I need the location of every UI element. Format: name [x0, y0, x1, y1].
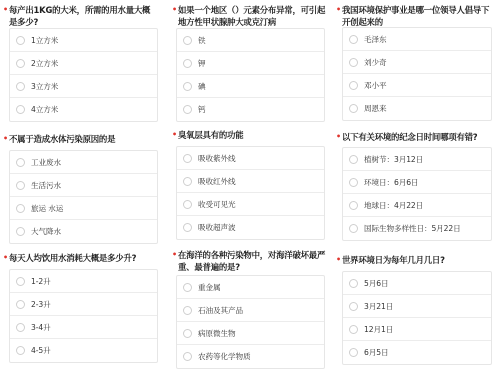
option-1-1[interactable]: 1立方米: [10, 29, 157, 52]
option-8-1[interactable]: 重金属: [177, 276, 324, 299]
option-4-2[interactable]: 生活污水: [10, 174, 157, 197]
question-title: •在海洋的各种污染物中，对海洋破坏最严重、最普遍的是?: [172, 249, 327, 273]
option-9-3[interactable]: 12月1日: [343, 318, 491, 341]
required-mark: •: [172, 129, 177, 141]
radio-icon[interactable]: [183, 283, 192, 292]
radio-icon[interactable]: [183, 223, 192, 232]
question-title: •世界环境日为每年几月几日?: [336, 254, 496, 266]
radio-icon[interactable]: [349, 302, 358, 311]
options-group-9: 5月6日 3月21日 12月1日 6月5日: [342, 271, 492, 365]
radio-icon[interactable]: [183, 352, 192, 361]
option-1-2[interactable]: 2立方米: [10, 52, 157, 75]
option-5-4[interactable]: 吸收超声波: [177, 216, 324, 239]
radio-icon[interactable]: [16, 346, 25, 355]
option-3-2[interactable]: 刘少奇: [343, 51, 491, 74]
option-4-1[interactable]: 工业废水: [10, 151, 157, 174]
question-title: •我国环境保护事业是哪一位领导人倡导下开创起来的: [336, 4, 496, 28]
option-1-3[interactable]: 3立方米: [10, 75, 157, 98]
option-8-4[interactable]: 农药等化学物质: [177, 345, 324, 368]
radio-icon[interactable]: [183, 105, 192, 114]
option-3-3[interactable]: 邓小平: [343, 74, 491, 97]
option-4-4[interactable]: 大气降水: [10, 220, 157, 243]
radio-icon[interactable]: [16, 323, 25, 332]
option-7-4[interactable]: 4-5升: [10, 339, 157, 362]
option-1-4[interactable]: 4立方米: [10, 98, 157, 121]
options-group-1: 1立方米 2立方米 3立方米 4立方米: [9, 28, 158, 122]
required-mark: •: [3, 252, 8, 264]
radio-icon[interactable]: [16, 59, 25, 68]
option-5-1[interactable]: 吸收紫外线: [177, 147, 324, 170]
option-5-2[interactable]: 吸收红外线: [177, 170, 324, 193]
option-9-1[interactable]: 5月6日: [343, 272, 491, 295]
radio-icon[interactable]: [349, 325, 358, 334]
option-6-3[interactable]: 地球日：4月22日: [343, 194, 491, 217]
option-3-1[interactable]: 毛泽东: [343, 28, 491, 51]
option-8-2[interactable]: 石油及其产品: [177, 299, 324, 322]
option-6-1[interactable]: 植树节：3月12日: [343, 148, 491, 171]
radio-icon[interactable]: [16, 204, 25, 213]
options-group-2: 铁 钾 碘 钙: [176, 28, 325, 122]
question-title: •不属于造成水体污染原因的是: [3, 133, 158, 145]
question-title: •每天人均饮用水消耗大概是多少升?: [3, 252, 158, 264]
option-2-1[interactable]: 铁: [177, 29, 324, 52]
question-3: •我国环境保护事业是哪一位领导人倡导下开创起来的: [336, 4, 496, 28]
required-mark: •: [3, 4, 8, 16]
required-mark: •: [172, 249, 177, 261]
question-4: •不属于造成水体污染原因的是: [3, 133, 158, 145]
radio-icon[interactable]: [349, 104, 358, 113]
radio-icon[interactable]: [16, 82, 25, 91]
radio-icon[interactable]: [349, 224, 358, 233]
options-group-4: 工业废水 生活污水 旅运 水运 大气降水: [9, 150, 158, 244]
radio-icon[interactable]: [183, 306, 192, 315]
question-8: •在海洋的各种污染物中，对海洋破坏最严重、最普遍的是?: [172, 249, 327, 273]
question-1: •每产出1KG的大米，所需的用水量大概是多少?: [3, 4, 158, 28]
option-7-3[interactable]: 3-4升: [10, 316, 157, 339]
options-group-3: 毛泽东 刘少奇 邓小平 周恩来: [342, 27, 492, 121]
radio-icon[interactable]: [349, 35, 358, 44]
option-2-4[interactable]: 钙: [177, 98, 324, 121]
options-group-8: 重金属 石油及其产品 病原微生物 农药等化学物质: [176, 275, 325, 369]
radio-icon[interactable]: [16, 181, 25, 190]
radio-icon[interactable]: [16, 300, 25, 309]
required-mark: •: [172, 4, 177, 16]
required-mark: •: [336, 131, 341, 143]
radio-icon[interactable]: [16, 105, 25, 114]
options-group-5: 吸收紫外线 吸收红外线 收受可见光 吸收超声波: [176, 146, 325, 240]
question-2: •如果一个地区（）元素分布异常，可引起地方性甲状腺肿大或克汀病: [172, 4, 327, 28]
radio-icon[interactable]: [349, 178, 358, 187]
required-mark: •: [336, 254, 341, 266]
question-9: •世界环境日为每年几月几日?: [336, 254, 496, 266]
radio-icon[interactable]: [183, 154, 192, 163]
question-title: •以下有关环境的纪念日时间哪项有错?: [336, 131, 496, 143]
radio-icon[interactable]: [349, 155, 358, 164]
options-group-6: 植树节：3月12日 环境日：6月6日 地球日：4月22日 国际生物多样性日：5月…: [342, 147, 492, 241]
radio-icon[interactable]: [349, 201, 358, 210]
option-6-4[interactable]: 国际生物多样性日：5月22日: [343, 217, 491, 240]
option-5-3[interactable]: 收受可见光: [177, 193, 324, 216]
radio-icon[interactable]: [183, 177, 192, 186]
radio-icon[interactable]: [183, 36, 192, 45]
radio-icon[interactable]: [16, 227, 25, 236]
radio-icon[interactable]: [349, 58, 358, 67]
radio-icon[interactable]: [183, 200, 192, 209]
option-4-3[interactable]: 旅运 水运: [10, 197, 157, 220]
option-7-1[interactable]: 1-2升: [10, 270, 157, 293]
radio-icon[interactable]: [16, 158, 25, 167]
radio-icon[interactable]: [16, 277, 25, 286]
option-3-4[interactable]: 周恩来: [343, 97, 491, 120]
option-9-2[interactable]: 3月21日: [343, 295, 491, 318]
options-group-7: 1-2升 2-3升 3-4升 4-5升: [9, 269, 158, 363]
radio-icon[interactable]: [349, 81, 358, 90]
question-6: •以下有关环境的纪念日时间哪项有错?: [336, 131, 496, 143]
radio-icon[interactable]: [16, 36, 25, 45]
radio-icon[interactable]: [349, 279, 358, 288]
question-title: •臭氧层具有的功能: [172, 129, 327, 141]
radio-icon[interactable]: [349, 348, 358, 357]
question-title: •每产出1KG的大米，所需的用水量大概是多少?: [3, 4, 158, 28]
question-title: •如果一个地区（）元素分布异常，可引起地方性甲状腺肿大或克汀病: [172, 4, 327, 28]
option-2-2[interactable]: 钾: [177, 52, 324, 75]
option-7-2[interactable]: 2-3升: [10, 293, 157, 316]
required-mark: •: [3, 133, 8, 145]
radio-icon[interactable]: [183, 329, 192, 338]
required-mark: •: [336, 4, 341, 16]
option-9-4[interactable]: 6月5日: [343, 341, 491, 364]
radio-icon[interactable]: [183, 59, 192, 68]
question-5: •臭氧层具有的功能: [172, 129, 327, 141]
option-2-3[interactable]: 碘: [177, 75, 324, 98]
radio-icon[interactable]: [183, 82, 192, 91]
option-6-2[interactable]: 环境日：6月6日: [343, 171, 491, 194]
question-7: •每天人均饮用水消耗大概是多少升?: [3, 252, 158, 264]
option-8-3[interactable]: 病原微生物: [177, 322, 324, 345]
